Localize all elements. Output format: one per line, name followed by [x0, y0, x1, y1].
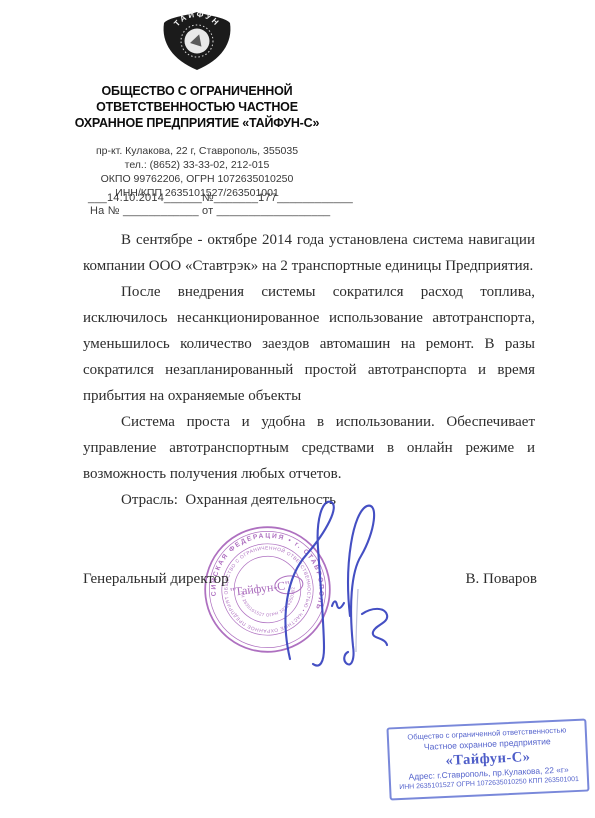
- director-signature-ink: [272, 494, 397, 684]
- paragraph-usability: Система проста и удобна в использовании.…: [83, 409, 535, 487]
- company-name-line: ОТВЕТСТВЕННОСТЬЮ ЧАСТНОЕ: [42, 99, 352, 115]
- signatory-role: Генеральный директор: [83, 571, 229, 588]
- company-logo: ТАЙФУН: [159, 10, 235, 77]
- letter-body: В сентябре - октябре 2014 года установле…: [83, 227, 535, 513]
- reply-to-line: На № ____________ от __________________: [88, 205, 353, 218]
- company-name-line: ОБЩЕСТВО С ОГРАНИЧЕННОЙ: [42, 83, 352, 99]
- date-number-line: ___14.10.2014______№_______177__________…: [88, 192, 353, 205]
- paragraph-results: После внедрения системы сократился расхо…: [83, 279, 535, 409]
- rect-company-stamp: Общество с ограниченной ответственностью…: [386, 719, 589, 801]
- company-name: ОБЩЕСТВО С ОГРАНИЧЕННОЙ ОТВЕТСТВЕННОСТЬЮ…: [42, 83, 352, 131]
- shield-logo-icon: ТАЙФУН: [159, 10, 235, 72]
- scanned-letter-page: ТАЙФУН ОБЩЕСТВО С ОГРАНИЧЕННОЙ ОТВЕТСТВЕ…: [0, 0, 595, 818]
- contact-okpo-ogrn: ОКПО 99762206, ОГРН 1072635010250: [42, 172, 352, 186]
- contact-address: пр-кт. Кулакова, 22 г, Ставрополь, 35503…: [42, 144, 352, 158]
- contact-phone: тел.: (8652) 33-33-02, 212-015: [42, 158, 352, 172]
- company-name-line: ОХРАННОЕ ПРЕДПРИЯТИЕ «ТАЙФУН-С»: [42, 115, 352, 131]
- letterhead: ТАЙФУН ОБЩЕСТВО С ОГРАНИЧЕННОЙ ОТВЕТСТВЕ…: [42, 10, 352, 200]
- signatory-name: В. Поваров: [466, 571, 537, 588]
- reference-block: ___14.10.2014______№_______177__________…: [88, 192, 353, 218]
- paragraph-installation: В сентябре - октябре 2014 года установле…: [83, 227, 535, 279]
